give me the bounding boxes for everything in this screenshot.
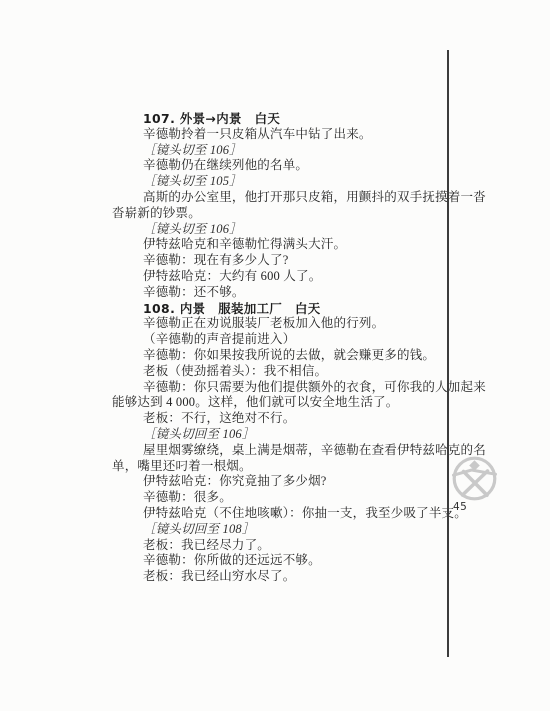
script-line: 辛德勒：现在有多少人了? xyxy=(112,253,442,269)
script-line: 伊特兹哈克：你究竟抽了多少烟? xyxy=(112,474,442,490)
screenplay-text-block: 107. 外景→内景 白天辛德勒拎着一只皮箱从汽车中钻了出来。［镜头切至 106… xyxy=(112,111,442,585)
script-line: 伊特兹哈克（不住地咳嗽）：你抽一支，我至少吸了半支。 xyxy=(112,506,442,522)
script-line: 高斯的办公室里，他打开那只皮箱，用颤抖的双手抚摸着一沓 xyxy=(112,190,442,206)
script-line: ［镜头切回至 108］ xyxy=(112,522,442,538)
script-line: 老板：不行，这绝对不行。 xyxy=(112,411,442,427)
script-line: 伊特兹哈克和辛德勒忙得满头大汗。 xyxy=(112,237,442,253)
script-line: 辛德勒：你如果按我所说的去做，就会赚更多的钱。 xyxy=(112,348,442,364)
script-line: ［镜头切回至 106］ xyxy=(112,427,442,443)
scanned-book-page: 107. 外景→内景 白天辛德勒拎着一只皮箱从汽车中钻了出来。［镜头切至 106… xyxy=(0,0,550,711)
script-line: 108. 内景 服装加工厂 白天 xyxy=(112,301,442,317)
script-line: 沓崭新的钞票。 xyxy=(112,206,442,222)
script-line: 老板：我已经尽力了。 xyxy=(112,538,442,554)
script-line: ［镜头切至 106］ xyxy=(112,222,442,238)
script-line: 辛德勒：很多。 xyxy=(112,490,442,506)
page-margin-rule xyxy=(447,50,449,657)
script-line: 辛德勒仍在继续列他的名单。 xyxy=(112,158,442,174)
publisher-wen-logo-icon xyxy=(451,455,498,502)
page-number: 45 xyxy=(453,501,467,513)
script-line: 辛德勒正在劝说服装厂老板加入他的行列。 xyxy=(112,316,442,332)
script-line: 辛德勒拎着一只皮箱从汽车中钻了出来。 xyxy=(112,127,442,143)
script-line: 老板（使劲摇着头）：我不相信。 xyxy=(112,364,442,380)
script-line: 伊特兹哈克：大约有 600 人了。 xyxy=(112,269,442,285)
script-line: 能够达到 4 000。这样，他们就可以安全地生活了。 xyxy=(112,395,442,411)
script-line: 老板：我已经山穷水尽了。 xyxy=(112,569,442,585)
script-line: 107. 外景→内景 白天 xyxy=(112,111,442,127)
script-line: （辛德勒的声音提前进入） xyxy=(112,332,442,348)
script-line: 辛德勒：你只需要为他们提供额外的衣食，可你我的人加起来 xyxy=(112,380,442,396)
script-line: 辛德勒：你所做的还远远不够。 xyxy=(112,553,442,569)
script-line: ［镜头切至 106］ xyxy=(112,143,442,159)
script-line: 屋里烟雾缭绕，桌上满是烟蒂，辛德勒在查看伊特兹哈克的名 xyxy=(112,443,442,459)
script-line: ［镜头切至 105］ xyxy=(112,174,442,190)
script-line: 辛德勒：还不够。 xyxy=(112,285,442,301)
script-line: 单，嘴里还叼着一根烟。 xyxy=(112,459,442,475)
